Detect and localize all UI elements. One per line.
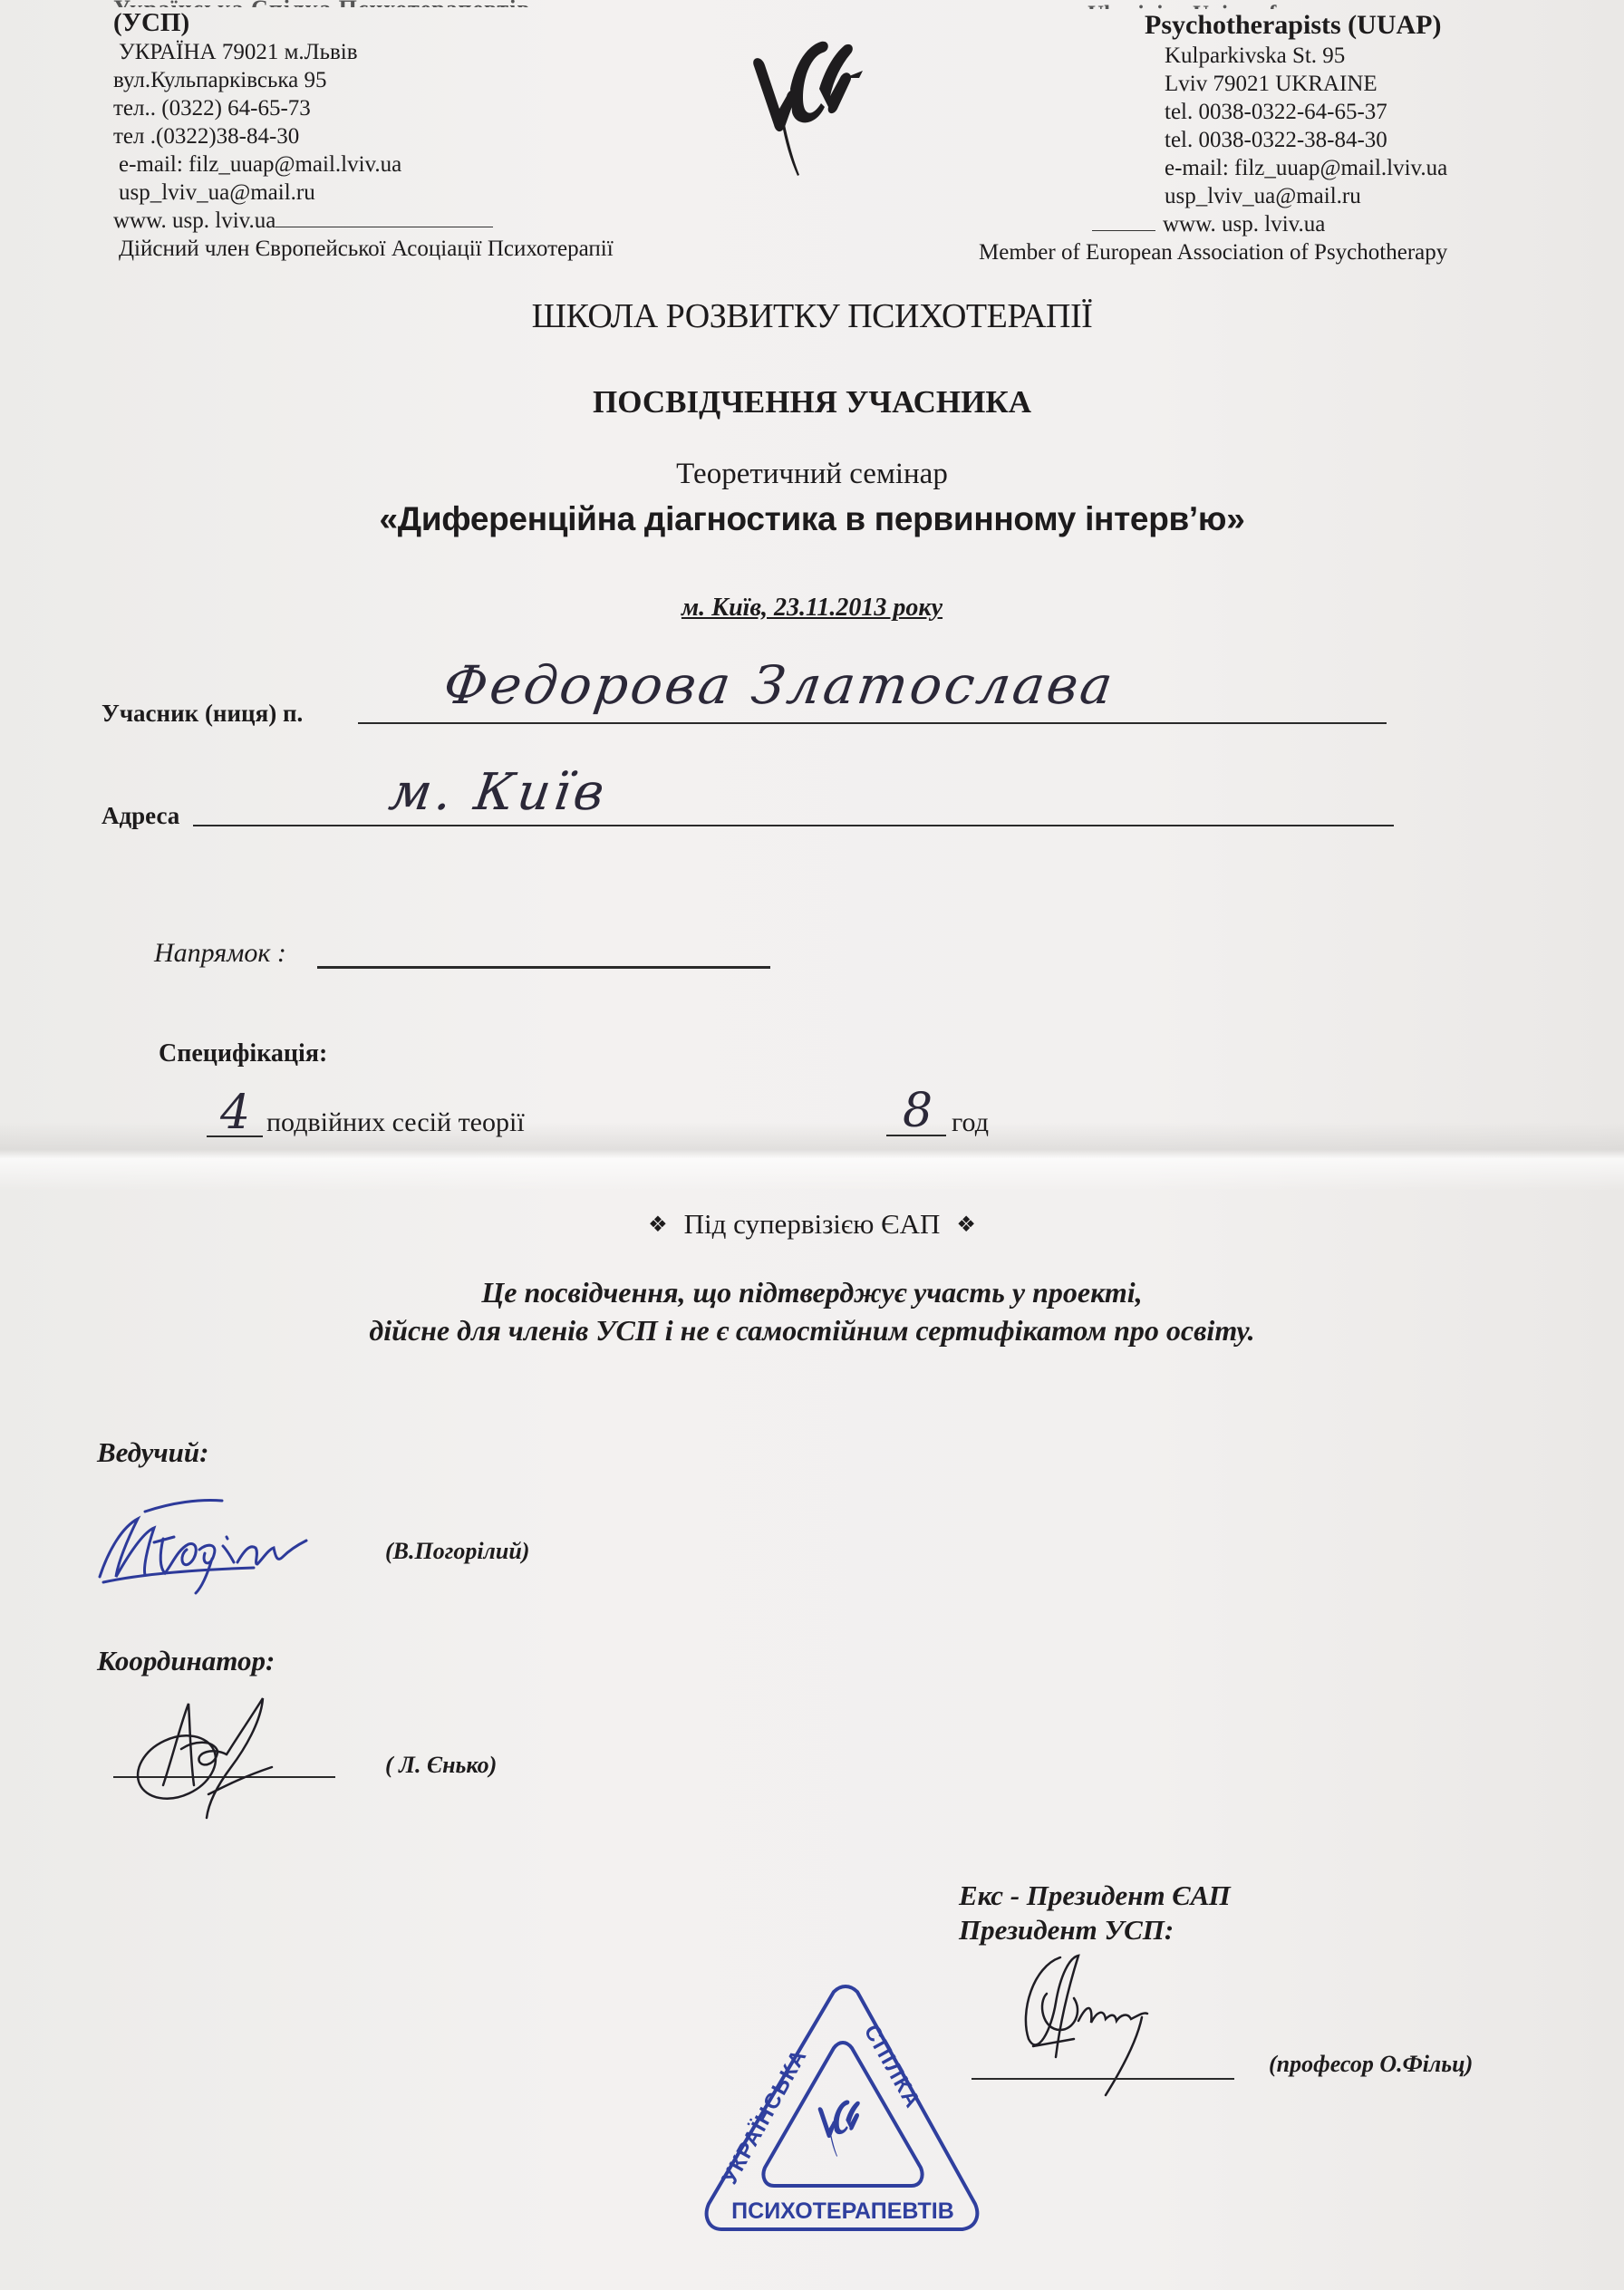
- president-label-line-1: Екс - Президент ЄАП: [959, 1879, 1231, 1913]
- website-en: www. usp. lviv.ua: [1163, 212, 1325, 237]
- leader-signature-icon: [91, 1486, 372, 1595]
- website-underline-en: [1092, 217, 1155, 231]
- leader-name: (В.Погорілий): [385, 1538, 529, 1565]
- email-1-en: e-mail: filz_uuap@mail.lviv.ua: [979, 154, 1447, 182]
- president-signature-icon: [1006, 1939, 1214, 2098]
- participant-line: [358, 722, 1387, 724]
- stamp-bottom-text: ПСИХОТЕРАПЕВТІВ: [731, 2198, 954, 2224]
- disclaimer-line-1: Це посвідчення, що підтверджує участь у …: [0, 1273, 1624, 1311]
- specification-label: Специфікація:: [159, 1039, 327, 1068]
- email-2-en: usp_lviv_ua@mail.ru: [979, 182, 1447, 210]
- address-line: [193, 825, 1394, 826]
- supervision-line: ❖Під супервізією ЄАП❖: [0, 1208, 1624, 1241]
- phone-2-en: tel. 0038-0322-38-84-30: [979, 126, 1447, 154]
- website-row: www. usp. lviv.ua: [113, 207, 614, 235]
- usp-stamp-icon: УКРАЇНСЬКА СПІЛКА ПСИХОТЕРАПЕВТІВ: [698, 1976, 988, 2266]
- address-street: вул.Кульпарківська 95: [113, 66, 614, 94]
- paper-background: [0, 0, 1624, 2290]
- sessions-line: [207, 1135, 263, 1137]
- org-name-cut-en: Ukrainian Union of: [1087, 0, 1447, 9]
- hours-handwritten: 8: [903, 1084, 933, 1138]
- school-name: ШКОЛА РОЗВИТКУ ПСИХОТЕРАПІЇ: [0, 296, 1624, 336]
- sessions-count-handwritten: 4: [220, 1086, 250, 1140]
- sessions-text: подвійних сесій теорії: [266, 1107, 525, 1138]
- document-title: ПОСВІДЧЕННЯ УЧАСНИКА: [0, 384, 1624, 420]
- place-date: м. Київ, 23.11.2013 року: [0, 594, 1624, 623]
- phone-2: тел .(0322)38-84-30: [113, 122, 614, 150]
- diamond-ornament-icon: ❖: [956, 1213, 976, 1237]
- membership-en: Member of European Association of Psycho…: [979, 238, 1447, 266]
- address-country: УКРАЇНА 79021 м.Львів: [113, 38, 614, 66]
- coordinator-label: Координатор:: [97, 1645, 275, 1677]
- participant-label: Учасник (ниця) п.: [101, 700, 303, 728]
- stamp-right-text: СПІЛКА: [859, 2021, 926, 2113]
- address-handwritten: м. Київ: [385, 763, 611, 822]
- president-name: (професор О.Фільц): [1269, 2051, 1473, 2078]
- membership: Дійсний член Європейської Асоціації Псих…: [113, 235, 614, 263]
- coordinator-signature-icon: [127, 1686, 308, 1821]
- seminar-type: Теоретичний семінар: [0, 458, 1624, 491]
- email-1: e-mail: filz_uuap@mail.lviv.ua: [113, 150, 614, 179]
- hours-text: год: [952, 1107, 989, 1138]
- diamond-ornament-icon: ❖: [648, 1213, 668, 1237]
- participant-name-handwritten: Федорова Златослава: [440, 654, 1118, 716]
- org-name-cut: Українська Спілка Психотерапевтів: [113, 0, 614, 7]
- header-right: Ukrainian Union of Psychotherapists (UUA…: [979, 0, 1447, 266]
- website: www. usp. lviv.ua: [113, 208, 275, 233]
- leader-label: Ведучий:: [97, 1436, 208, 1469]
- supervision-text: Під супервізією ЄАП: [684, 1208, 941, 1240]
- header-left: Українська Спілка Психотерапевтів (УСП) …: [113, 0, 614, 263]
- disclaimer: Це посвідчення, що підтверджує участь у …: [0, 1273, 1624, 1349]
- phone-1: тел.. (0322) 64-65-73: [113, 94, 614, 122]
- hours-line: [886, 1135, 946, 1136]
- phone-1-en: tel. 0038-0322-64-65-37: [979, 98, 1447, 126]
- street-en: Kulparkivska St. 95: [979, 42, 1447, 70]
- usp-logo-icon: [743, 25, 879, 179]
- seminar-name: «Диференційна діагностика в первинному і…: [0, 500, 1624, 538]
- website-row-en: www. usp. lviv.ua: [979, 210, 1447, 238]
- disclaimer-line-2: дійсне для членів УСП і не є самостійним…: [0, 1311, 1624, 1349]
- address-label: Адреса: [101, 802, 179, 830]
- org-abbr: (УСП): [113, 7, 614, 38]
- city-en: Lviv 79021 UKRAINE: [979, 70, 1447, 98]
- email-2: usp_lviv_ua@mail.ru: [113, 179, 614, 207]
- direction-line: [317, 966, 770, 969]
- president-line: [971, 2078, 1234, 2080]
- coordinator-name: ( Л. Єнько): [385, 1752, 497, 1779]
- org-name-en: Psychotherapists (UUAP): [979, 9, 1447, 42]
- president-label: Екс - Президент ЄАП Президент УСП:: [959, 1879, 1231, 1947]
- svg-text:СПІЛКА: СПІЛКА: [859, 2021, 926, 2113]
- website-underline: [275, 210, 493, 227]
- direction-label: Напрямок :: [154, 938, 286, 969]
